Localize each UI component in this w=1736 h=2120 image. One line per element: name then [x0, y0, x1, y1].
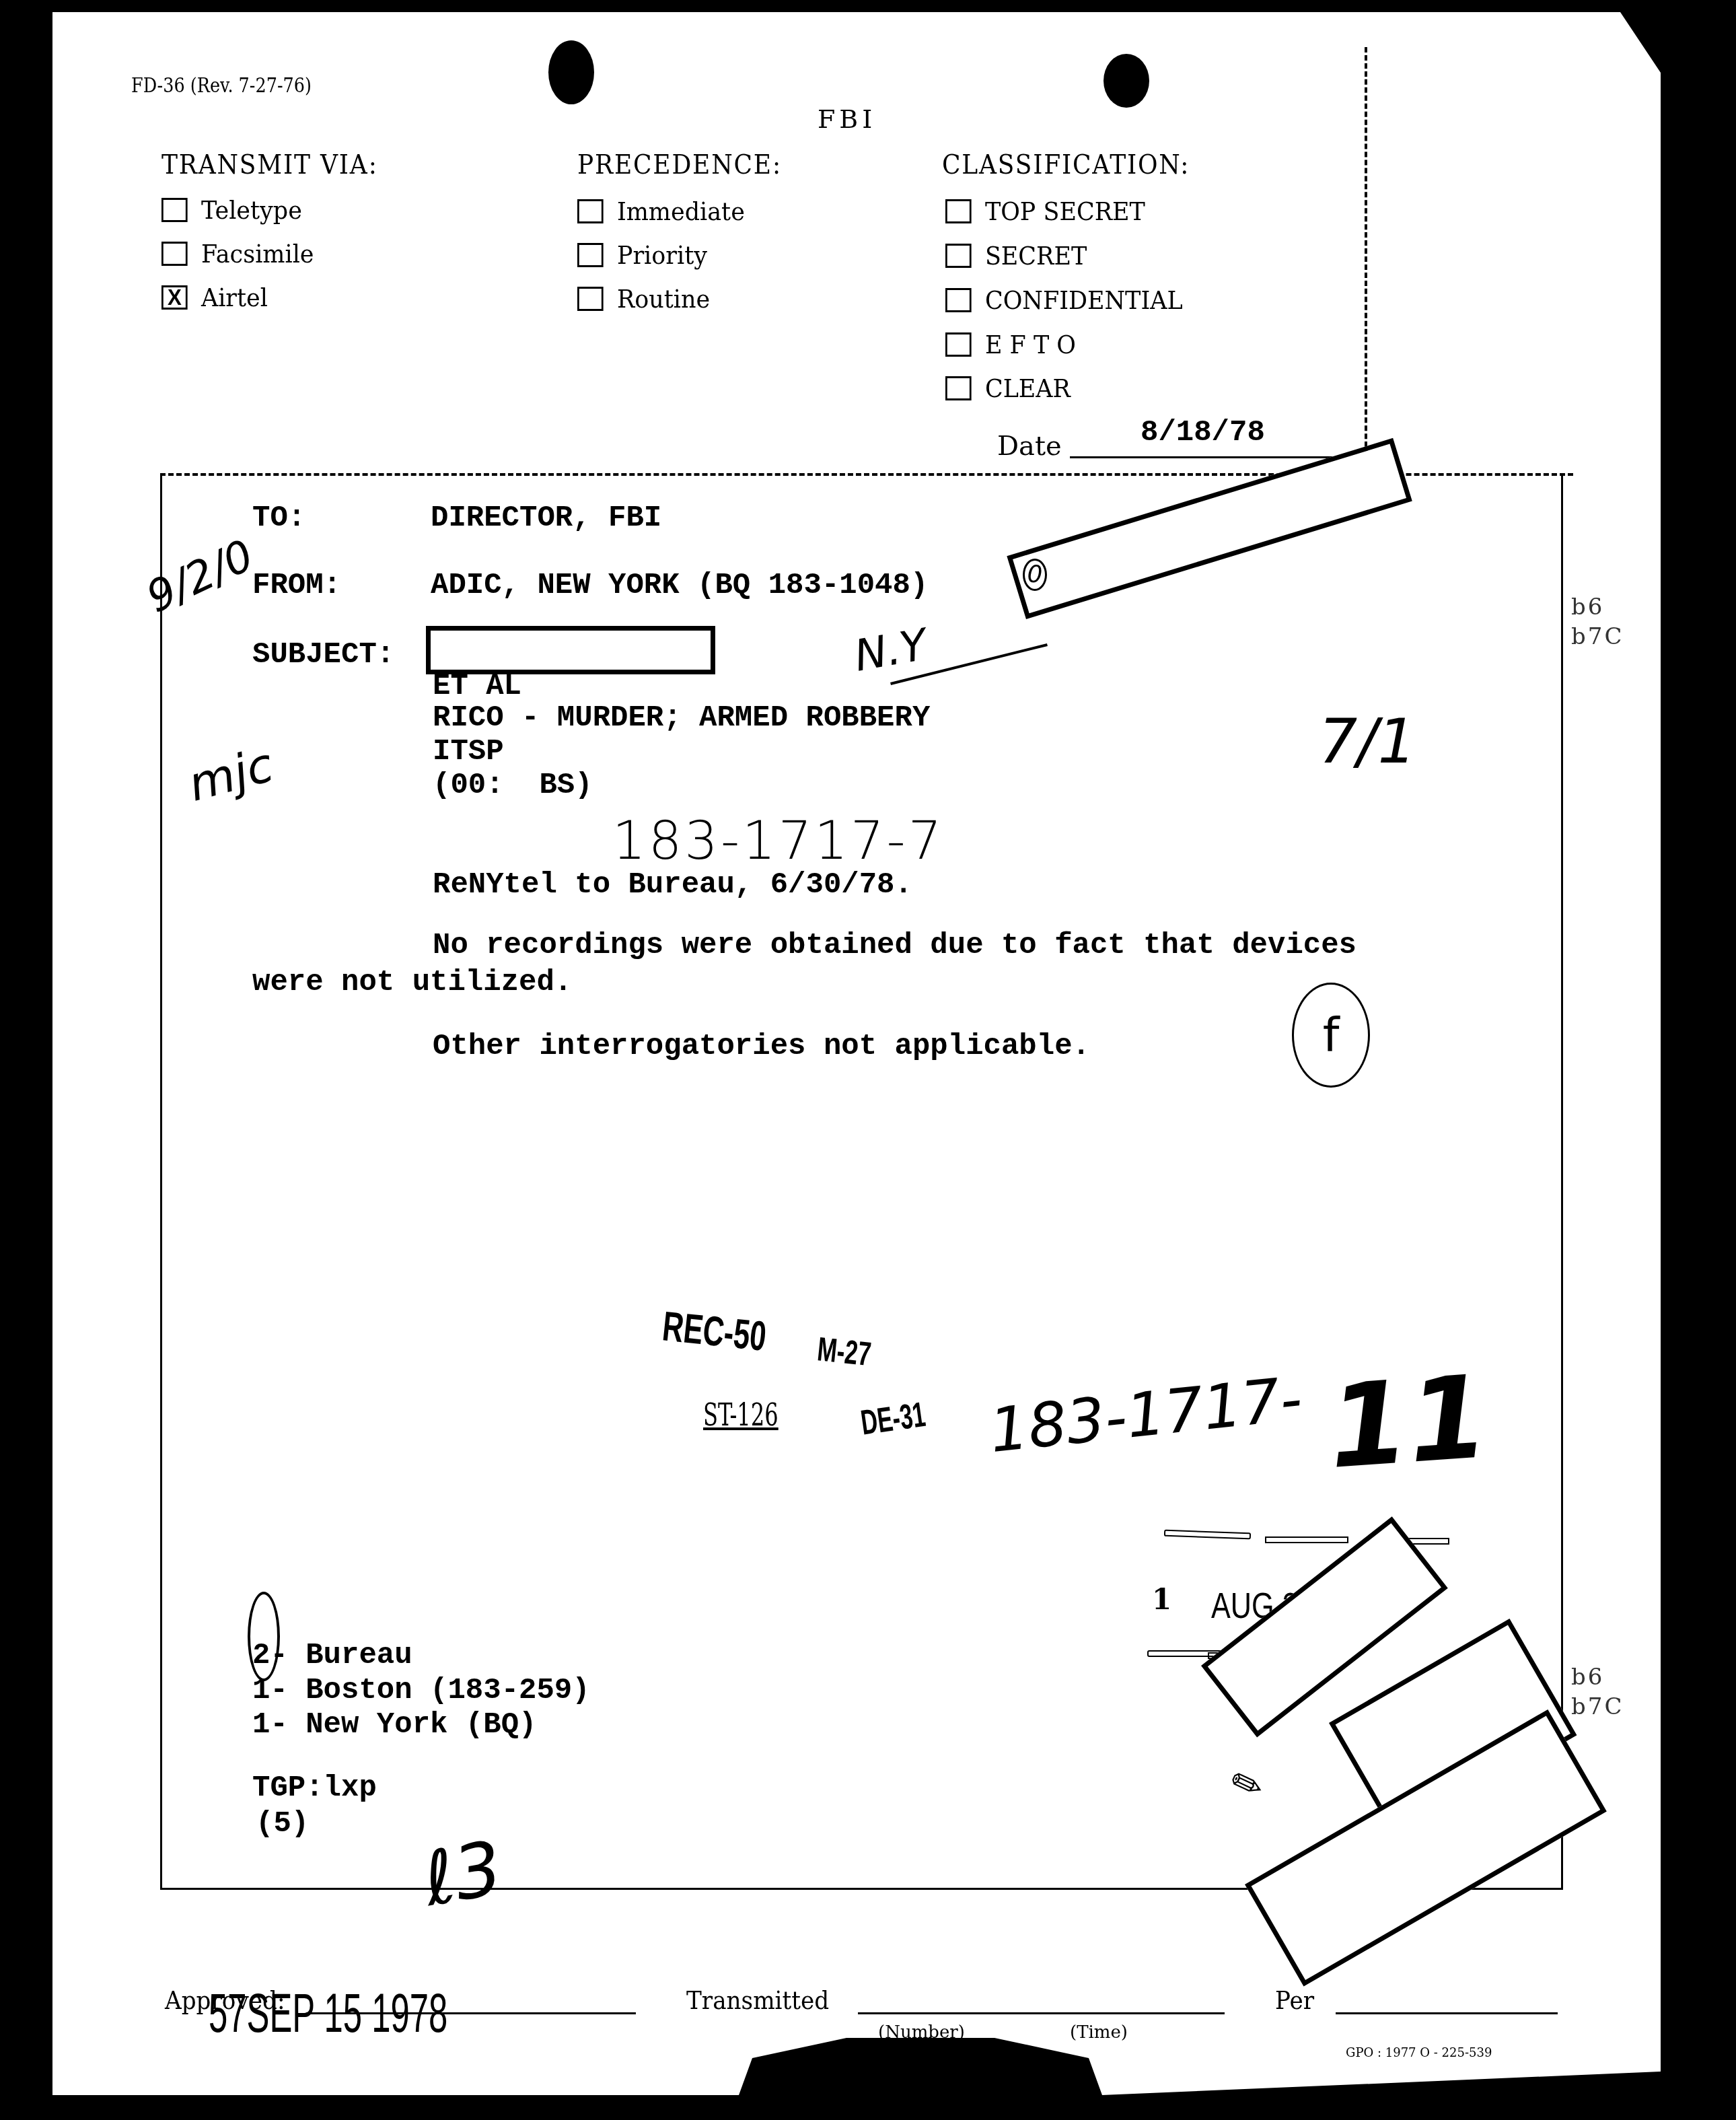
precedence-heading: PRECEDENCE: — [577, 149, 782, 180]
exemption-b7c: b7C — [1571, 1692, 1624, 1722]
date-underline — [1070, 456, 1359, 458]
transmit-via-heading: TRANSMIT VIA: — [161, 149, 378, 180]
checkbox[interactable] — [945, 288, 972, 312]
to-label: TO: — [252, 501, 305, 535]
redaction-box-subject — [426, 626, 715, 674]
checkbox-checked[interactable]: X — [161, 285, 188, 310]
classification-option-efto[interactable]: E F T O — [945, 330, 1076, 359]
paragraph-2: Other interrogatories not applicable. — [433, 1030, 1090, 1063]
handwritten-circled-letter: f — [1292, 983, 1370, 1088]
reference-line: ReNYtel to Bureau, 6/30/78. — [433, 868, 912, 902]
option-label: Priority — [617, 240, 707, 270]
subject-label: SUBJECT: — [252, 638, 394, 672]
punch-hole-left — [548, 40, 594, 104]
distribution-line: 1- Boston (183-259) — [252, 1674, 590, 1707]
to-value: DIRECTOR, FBI — [431, 501, 661, 535]
precedence-option-immediate[interactable]: Immediate — [577, 197, 745, 226]
classification-option-confidential[interactable]: CONFIDENTIAL — [945, 285, 1183, 315]
checkbox[interactable] — [945, 332, 972, 357]
exemption-code-bottom: b6 b7C — [1571, 1662, 1624, 1722]
punch-hole-right — [1104, 54, 1149, 108]
option-label: Routine — [617, 284, 710, 314]
memo-frame-right — [1561, 474, 1563, 1888]
paragraph-1-line-2: were not utilized. — [252, 966, 572, 999]
classification-option-top-secret[interactable]: TOP SECRET — [945, 197, 1145, 226]
exemption-code-top: b6 b7C — [1571, 592, 1624, 651]
approved-date-stamp[interactable]: 57SEP 15 1978 — [209, 1982, 447, 2045]
checkbox[interactable] — [945, 376, 972, 400]
transmit-option-airtel[interactable]: X Airtel — [161, 283, 268, 312]
handwritten-circle-mark: 0 — [1023, 559, 1047, 591]
from-label: FROM: — [252, 569, 341, 602]
received-stamp-prefix: 1 — [1152, 1583, 1171, 1616]
handwritten-serial: 11 — [1324, 1351, 1492, 1495]
precedence-option-routine[interactable]: Routine — [577, 284, 710, 314]
option-label: CLEAR — [985, 374, 1071, 403]
checkbox[interactable] — [161, 242, 188, 266]
option-label: CONFIDENTIAL — [985, 285, 1183, 315]
st-stamp: ST-126 — [703, 1397, 779, 1433]
checkbox[interactable] — [577, 199, 604, 223]
classification-option-clear[interactable]: CLEAR — [945, 374, 1071, 403]
time-label: (Time) — [1070, 2022, 1128, 2043]
option-label: TOP SECRET — [985, 197, 1145, 226]
option-label: Teletype — [201, 195, 302, 225]
transmitted-underline — [858, 2012, 1225, 2014]
exemption-b6: b6 — [1571, 592, 1624, 622]
gpo-imprint: GPO : 1977 O - 225-539 — [1346, 2046, 1492, 2060]
date-label: Date — [997, 431, 1062, 462]
stamp-line — [1265, 1536, 1348, 1543]
transmit-option-facsimile[interactable]: Facsimile — [161, 239, 314, 269]
transmitted-label: Transmitted — [686, 1985, 829, 2015]
checkbox[interactable] — [945, 199, 972, 223]
handwritten-circle-2 — [248, 1592, 280, 1681]
date-value[interactable]: 8/18/78 — [1141, 416, 1265, 450]
exemption-b7c: b7C — [1571, 622, 1624, 651]
agency-title: FBI — [818, 104, 876, 134]
rec-code-stamp: M-27 — [816, 1329, 873, 1374]
distribution-line: 1- New York (BQ) — [252, 1708, 536, 1742]
subject-line: RICO - MURDER; ARMED ROBBERY — [433, 701, 930, 735]
checkbox[interactable] — [577, 243, 604, 267]
option-label: E F T O — [985, 330, 1076, 359]
precedence-option-priority[interactable]: Priority — [577, 240, 707, 270]
header-frame-right — [1365, 47, 1367, 471]
checkbox[interactable] — [945, 244, 972, 268]
from-value: ADIC, NEW YORK (BQ 183-1048) — [431, 569, 928, 602]
option-label: Immediate — [617, 197, 745, 226]
option-label: Facsimile — [201, 239, 314, 269]
option-label: Airtel — [201, 283, 268, 312]
option-label: SECRET — [985, 241, 1087, 271]
handwritten-mark-bottom: ℓ3 — [417, 1825, 509, 1923]
per-underline — [1336, 2012, 1558, 2014]
subject-line: ET AL — [433, 670, 521, 703]
memo-frame-left — [160, 474, 162, 1888]
form-number: FD-36 (Rev. 7-27-76) — [131, 74, 312, 98]
checkbox[interactable] — [161, 198, 188, 222]
copy-count: (5) — [256, 1807, 309, 1841]
number-label: (Number) — [878, 2022, 965, 2043]
subject-line: ITSP — [433, 735, 504, 769]
exemption-b6: b6 — [1571, 1662, 1624, 1692]
typist-initials: TGP:lxp — [252, 1771, 377, 1805]
paragraph-1-line-1: No recordings were obtained due to fact … — [433, 929, 1357, 962]
handwritten-right-mark: 7/1 — [1319, 707, 1416, 777]
classification-option-secret[interactable]: SECRET — [945, 241, 1087, 271]
handwritten-file-number: 183-1717-7 — [612, 811, 944, 872]
per-label: Per — [1275, 1985, 1314, 2015]
subject-line: (00: BS) — [433, 769, 593, 802]
transmit-option-teletype[interactable]: Teletype — [161, 195, 302, 225]
checkbox[interactable] — [577, 287, 604, 311]
classification-heading: CLASSIFICATION: — [942, 149, 1190, 180]
